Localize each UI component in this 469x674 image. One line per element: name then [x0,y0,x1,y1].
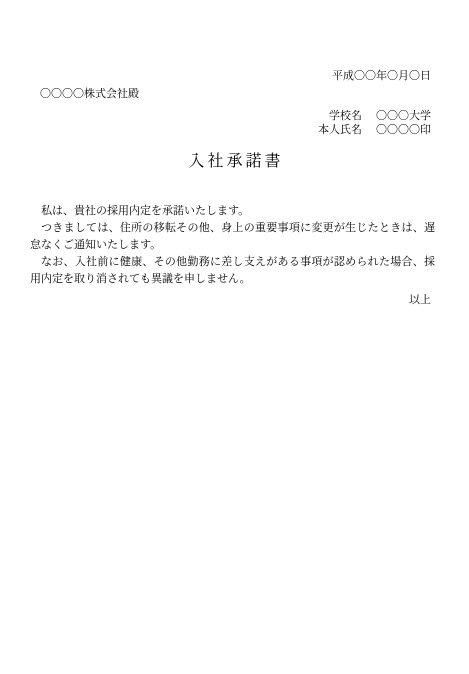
document-title: 入社承諾書 [0,151,469,173]
signature-name-line: 本人氏名 〇〇〇〇印 [0,123,469,137]
acceptance-letter-page: 平成〇〇年〇月〇日 〇〇〇〇株式会社殿 学校名 〇〇〇大学 本人氏名 〇〇〇〇印… [0,0,469,674]
body-paragraph-2: つきましては、住所の移転その他、身上の重要事項に変更が生じたときは、遅怠なくご通… [30,220,435,254]
school-name-label: 学校名 [329,109,362,123]
closing-line: 以上 [0,293,469,307]
applicant-name-value: 〇〇〇〇印 [376,123,431,137]
signature-school-line: 学校名 〇〇〇大学 [0,109,469,123]
body-paragraph-1: 私は、貴社の採用内定を承諾いたします。 [30,203,435,220]
document-body: 私は、貴社の採用内定を承諾いたします。 つきましては、住所の移転その他、身上の重… [30,203,435,288]
applicant-name-label: 本人氏名 [318,123,362,137]
body-paragraph-3: なお、入社前に健康、その他勤務に差し支えがある事項が認められた場合、採用内定を取… [30,254,435,288]
recipient-line: 〇〇〇〇株式会社殿 [0,87,469,101]
date-line: 平成〇〇年〇月〇日 [0,69,469,83]
school-name-value: 〇〇〇大学 [376,109,431,123]
